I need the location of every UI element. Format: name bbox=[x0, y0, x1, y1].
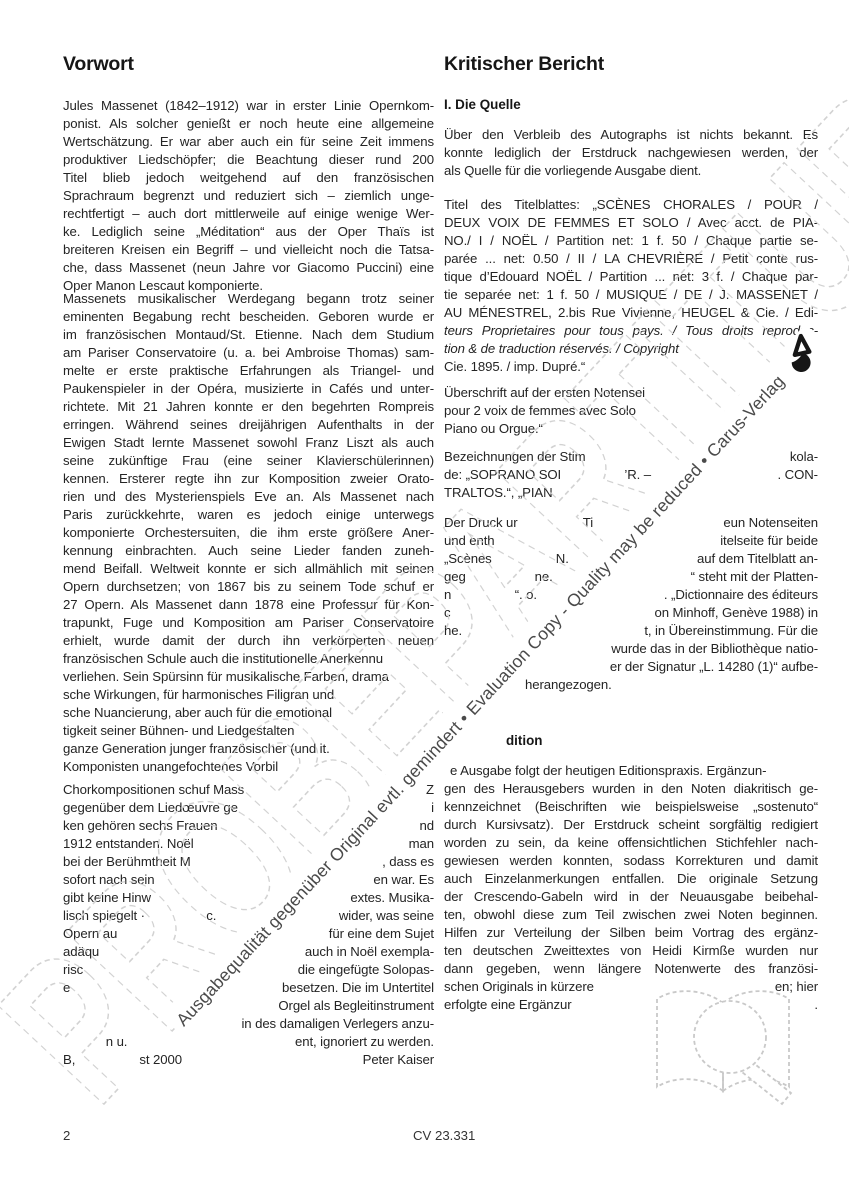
report-paragraph-a: Über den Verbleib des Autographs ist nic… bbox=[444, 126, 818, 180]
footer: 2 CV 23.331 bbox=[63, 1128, 818, 1143]
text-fragment: wider, was seine bbox=[339, 907, 434, 925]
text-line: in des damaligen Verlegers anzu- bbox=[63, 1015, 434, 1033]
text-line: rechtfertigt – auch dort mittlerweile au… bbox=[63, 205, 434, 223]
text-line: adäquauch in Noël exempla- bbox=[63, 943, 434, 961]
text-line: tique d’Edouard NOËL / Partition ... net… bbox=[444, 268, 818, 286]
text-line: tion & de traduction réservés. / Copyrig… bbox=[444, 340, 818, 358]
text-line: ganze Generation junger französischer (u… bbox=[63, 740, 434, 758]
text-fragment: für eine dem Sujet bbox=[329, 925, 434, 943]
text-line: pour 2 voix de femmes avec Solo bbox=[444, 402, 818, 420]
text-line: und enthitelseite für beide bbox=[444, 532, 818, 550]
text-fragment: Chorkompositionen schuf Mass bbox=[63, 781, 244, 799]
text-line: komponierte Orchestersuiten, die ihm ers… bbox=[63, 524, 434, 542]
text-line: ebesetzen. Die im Untertitel bbox=[63, 979, 434, 997]
text-line: trapunkt, Fuge und Komposition am Parise… bbox=[63, 614, 434, 632]
text-fragment: Z bbox=[426, 781, 434, 799]
text-line: Orgel als Begleitinstrument bbox=[63, 997, 434, 1015]
report-paragraph-b: Titel des Titelblattes: „SCÈNES CHORALES… bbox=[444, 196, 818, 376]
text-line: Der Druck urTieun Notenseiten bbox=[444, 514, 818, 532]
text-fragment: ’R. – bbox=[624, 466, 651, 484]
text-fragment: ken gehören sechs Frauen bbox=[63, 817, 218, 835]
text-line: dann gegeben, wenn längere Notenwerte de… bbox=[444, 960, 818, 978]
text-fragment: tion & de traduction réservés. / Copyrig… bbox=[444, 340, 679, 358]
preface-heading: Vorwort bbox=[63, 53, 434, 76]
text-line: gen des Herausgebers wurden in den Noten… bbox=[444, 780, 818, 798]
text-fragment: c. bbox=[206, 907, 216, 925]
text-line: Piano ou Orgue.“ bbox=[444, 420, 818, 438]
text-fragment: extes. Musika- bbox=[350, 889, 434, 907]
text-line: Paris zurückkehrte, waren es jedoch eini… bbox=[63, 506, 434, 524]
text-line: Chorkompositionen schuf MassZ bbox=[63, 781, 434, 799]
text-line: im französischen Montaud/St. Etienne. Na… bbox=[63, 326, 434, 344]
text-line: breiteren Kreisen ein Begriff – und viel… bbox=[63, 241, 434, 259]
text-line: gibt keine Hinwextes. Musika- bbox=[63, 889, 434, 907]
text-line: gegne.“ steht mit der Platten- bbox=[444, 568, 818, 586]
text-line: sche Nuancierung, aber auch für die emot… bbox=[63, 704, 434, 722]
text-fragment: lisch spiegelt · bbox=[63, 907, 145, 925]
critical-report-heading: Kritischer Bericht bbox=[444, 53, 818, 76]
text-fragment: ent, ignoriert zu werden. bbox=[295, 1033, 434, 1051]
text-fragment: schen Originals in kürzere bbox=[444, 978, 594, 996]
text-line: der Crescendo-Gabeln wird in der Neuausg… bbox=[444, 888, 818, 906]
text-line: sche Wirkungen, für harmonisches Filigra… bbox=[63, 686, 434, 704]
text-line: Wertschätzung. Er war aber auch ein für … bbox=[63, 133, 434, 151]
text-fragment: Opern au bbox=[63, 925, 117, 943]
text-line: schen Originals in kürzereen; hier bbox=[444, 978, 818, 996]
text-fragment: itelseite für beide bbox=[720, 532, 818, 550]
text-line: herangezogen. bbox=[444, 676, 818, 694]
text-fragment: de: „SOPRANO SOI bbox=[444, 466, 561, 484]
text-line: Titel blieb jedoch weitgehend auf den fr… bbox=[63, 169, 434, 187]
text-line: he.t, in Übereinstimmung. Für die bbox=[444, 622, 818, 640]
text-line: Sprachraum begrenzt und reduziert sich –… bbox=[63, 187, 434, 205]
text-line: worden zu sein, da keine offensichtliche… bbox=[444, 834, 818, 852]
report-paragraph-g: e Ausgabe folgt der heutigen Editionspra… bbox=[444, 762, 818, 1014]
text-fragment: er der Signatur „L. 14280 (1)“ aufbe- bbox=[610, 658, 818, 676]
text-line: er der Signatur „L. 14280 (1)“ aufbe- bbox=[444, 658, 818, 676]
text-line: Jules Massenet (1842–1912) war in erster… bbox=[63, 97, 434, 115]
text-line: konnte lediglich der Erstdruck nachgewie… bbox=[444, 144, 818, 162]
text-line: ten deutschen Zweittextes von Heidi Kirm… bbox=[444, 942, 818, 960]
text-fragment: sofort nach sein bbox=[63, 871, 155, 889]
text-line: e Ausgabe folgt der heutigen Editionspra… bbox=[444, 762, 818, 780]
text-fragment: Bezeichnungen der Stim bbox=[444, 448, 586, 466]
text-line: Opern aufür eine dem Sujet bbox=[63, 925, 434, 943]
report-paragraph-d: Bezeichnungen der Stimkola-de: „SOPRANO … bbox=[444, 448, 818, 502]
preface-paragraph-1: Jules Massenet (1842–1912) war in erster… bbox=[63, 97, 434, 295]
text-fragment: besetzen. Die im Untertitel bbox=[282, 979, 434, 997]
text-fragment: on Minhoff, Genève 1988) in bbox=[655, 604, 818, 622]
text-fragment: B, st 2000 bbox=[63, 1051, 182, 1069]
text-line: tigkeit seiner Bühnen- und Liedgestalten bbox=[63, 722, 434, 740]
text-line: Opern durchsetzen; von 1867 bis zu seine… bbox=[63, 578, 434, 596]
text-line: 27 Opern. Als Massenet dann 1878 eine Pr… bbox=[63, 596, 434, 614]
text-line: erfolgte eine Ergänzur. bbox=[444, 996, 818, 1014]
text-line: gewiesen werden konnten, sodass Korrektu… bbox=[444, 852, 818, 870]
text-fragment: en war. Es bbox=[373, 871, 434, 889]
text-line: am Pariser Conservatoire (u. a. bei Ambr… bbox=[63, 344, 434, 362]
text-fragment: “. o. bbox=[515, 586, 537, 604]
text-line: n“. o.. „Dictionnaire des éditeurs bbox=[444, 586, 818, 604]
text-fragment: . CON- bbox=[778, 466, 818, 484]
report-paragraph-c: Überschrift auf der ersten Notenseipour … bbox=[444, 384, 818, 438]
text-line: ten, obwohl diese zum Teil zwischen zwei… bbox=[444, 906, 818, 924]
text-fragment: man bbox=[409, 835, 434, 853]
text-fragment: nd bbox=[420, 817, 434, 835]
text-fragment: en; hier bbox=[775, 978, 818, 996]
page: { "watermark": { "big_text": "PROBEPARTI… bbox=[0, 0, 849, 1200]
text-line: B, st 2000Peter Kaiser bbox=[63, 1051, 434, 1069]
text-line: teurs Proprietaires pour tous pays. / To… bbox=[444, 322, 818, 340]
text-line: eminenten Begabung recht bescheiden. Geb… bbox=[63, 308, 434, 326]
text-fragment: bei der Berühmtheit M bbox=[63, 853, 191, 871]
text-line: verliehen. Sein Spürsinn für musikalisch… bbox=[63, 668, 434, 686]
text-line: erhielt, wurde damit der durch ihn verkö… bbox=[63, 632, 434, 650]
text-line: TRALTOS.“, „PIAN bbox=[444, 484, 818, 502]
text-fragment: . „Dictionnaire des éditeurs bbox=[664, 586, 818, 604]
text-fragment: n u. bbox=[63, 1033, 127, 1051]
text-line: sofort nach seinen war. Es bbox=[63, 871, 434, 889]
text-line: französischen Schule auch die institutio… bbox=[63, 650, 434, 668]
text-fragment: wurde das in der Bibliothèque natio- bbox=[611, 640, 818, 658]
text-fragment: 1912 entstanden. Noël bbox=[63, 835, 194, 853]
page-number: 2 bbox=[63, 1128, 70, 1143]
text-fragment: adäqu bbox=[63, 943, 99, 961]
text-line: als Quelle für die vorliegende Ausgabe d… bbox=[444, 162, 818, 180]
text-fragment: geg bbox=[444, 568, 466, 586]
text-line: ken gehören sechs Frauennd bbox=[63, 817, 434, 835]
text-line: con Minhoff, Genève 1988) in bbox=[444, 604, 818, 622]
text-line: Massenets musikalischer Werdegang begann… bbox=[63, 290, 434, 308]
text-fragment: he. bbox=[444, 622, 462, 640]
text-fragment: in des damaligen Verlegers anzu- bbox=[241, 1015, 434, 1033]
text-fragment: Peter Kaiser bbox=[363, 1051, 434, 1069]
text-line: Bezeichnungen der Stimkola- bbox=[444, 448, 818, 466]
text-line: Cie. 1895. / imp. Dupré.“ bbox=[444, 358, 818, 376]
section-heading-quelle: I. Die Quelle bbox=[444, 97, 818, 112]
text-line: gegenüber dem Liedœuvre gei bbox=[63, 799, 434, 817]
text-line: NO./ I / NOËL / Partition net: 1 f. 50 /… bbox=[444, 232, 818, 250]
text-fragment: eun Notenseiten bbox=[723, 514, 818, 532]
text-fragment: “ steht mit der Platten- bbox=[691, 568, 818, 586]
text-line: richtete. Mit 21 Jahren konnte er den be… bbox=[63, 398, 434, 416]
text-fragment: , dass es bbox=[382, 853, 434, 871]
text-fragment: . bbox=[814, 996, 818, 1014]
text-line: parée ... net: 0.50 / II / LA CHEVRIÈRE … bbox=[444, 250, 818, 268]
text-fragment: kola- bbox=[790, 448, 818, 466]
text-fragment: auch in Noël exempla- bbox=[305, 943, 434, 961]
text-fragment: el & bbox=[796, 340, 818, 358]
text-line: melte er erste praktische Erfahrungen al… bbox=[63, 362, 434, 380]
signature-line: B, st 2000Peter Kaiser bbox=[63, 1051, 434, 1069]
text-fragment: n bbox=[444, 586, 451, 604]
text-line: mend Beifall. Weltweit konnte er sich al… bbox=[63, 560, 434, 578]
text-line: seine zukünftige Frau (eine seiner Klavi… bbox=[63, 452, 434, 470]
text-line: erringen. Während seines dreijährigen Au… bbox=[63, 416, 434, 434]
text-line: Paukenspieler in der Opéra, musizierte i… bbox=[63, 380, 434, 398]
text-line: Komponisten unangefochtenes Vorbil bbox=[63, 758, 434, 776]
text-line: bei der Berühmtheit M, dass es bbox=[63, 853, 434, 871]
text-line: ponist. Als solcher genießt er noch heut… bbox=[63, 115, 434, 133]
text-fragment: c bbox=[444, 604, 451, 622]
text-line: Ewigen Stadt lernte Massenet sowohl Fran… bbox=[63, 434, 434, 452]
text-fragment: die eingefügte Solopas- bbox=[298, 961, 434, 979]
preface-paragraph-3: Chorkompositionen schuf MassZgegenüber d… bbox=[63, 781, 434, 1051]
text-line: Über den Verbleib des Autographs ist nic… bbox=[444, 126, 818, 144]
text-line: tie separée net: 1 f. 50 / MUSIQUE / DE … bbox=[444, 286, 818, 304]
text-fragment: „Scènes bbox=[444, 550, 492, 568]
text-fragment: t, in Übereinstimmung. Für die bbox=[644, 622, 818, 640]
text-fragment: ne. bbox=[535, 568, 553, 586]
text-fragment: Ti bbox=[583, 514, 593, 532]
text-fragment: erfolgte eine Ergänzur bbox=[444, 996, 572, 1014]
text-line: DEUX VOIX DE FEMMES ET SOLO / Avec acct.… bbox=[444, 214, 818, 232]
text-fragment: risc bbox=[63, 961, 83, 979]
text-fragment: und enth bbox=[444, 532, 495, 550]
text-fragment: i bbox=[431, 799, 434, 817]
text-fragment: Orgel als Begleitinstrument bbox=[278, 997, 434, 1015]
text-line: rien und des Mysterienspiels Eve an. Als… bbox=[63, 488, 434, 506]
text-line: „ScènesN.auf dem Titelblatt an- bbox=[444, 550, 818, 568]
text-fragment: e bbox=[63, 979, 70, 997]
preface-paragraph-2: Massenets musikalischer Werdegang begann… bbox=[63, 290, 434, 776]
text-line: auch Einzelanmerkungen entfallen. Die or… bbox=[444, 870, 818, 888]
text-line: riscdie eingefügte Solopas- bbox=[63, 961, 434, 979]
text-line: produktiver Liedschöpfer; die Beachtung … bbox=[63, 151, 434, 169]
text-line: lisch spiegelt ·c.wider, was seine bbox=[63, 907, 434, 925]
text-line: durch Kursivsatz). Der Erstdruck scheint… bbox=[444, 816, 818, 834]
text-line: kennung einbrachten. Auch seine Lieder f… bbox=[63, 542, 434, 560]
text-fragment: gibt keine Hinw bbox=[63, 889, 151, 907]
text-fragment: N. bbox=[556, 550, 569, 568]
text-line: Titel des Titelblattes: „SCÈNES CHORALES… bbox=[444, 196, 818, 214]
section-heading-edition: dition bbox=[506, 733, 542, 748]
text-line: kennzeichnet (Beischriften wie beispiels… bbox=[444, 798, 818, 816]
text-line: de: „SOPRANO SOI’R. –. CON- bbox=[444, 466, 818, 484]
text-line: ke. Lediglich seine „Méditation“ aus der… bbox=[63, 223, 434, 241]
text-fragment: gegenüber dem Liedœuvre ge bbox=[63, 799, 238, 817]
report-paragraph-e: Der Druck urTieun Notenseitenund enthite… bbox=[444, 514, 818, 694]
text-line: 1912 entstanden. Noëlman bbox=[63, 835, 434, 853]
text-fragment: auf dem Titelblatt an- bbox=[697, 550, 818, 568]
text-line: kennen. Ersterer regte ihn zur Kompositi… bbox=[63, 470, 434, 488]
text-line: wurde das in der Bibliothèque natio- bbox=[444, 640, 818, 658]
text-line: AU MÉNESTREL, 2.bis Rue Vivienne, HEUGEL… bbox=[444, 304, 818, 322]
text-line: Überschrift auf der ersten Notensei bbox=[444, 384, 818, 402]
text-line: Hilfen zur Verteilung der Silben beim Vo… bbox=[444, 924, 818, 942]
text-line: n u.ent, ignoriert zu werden. bbox=[63, 1033, 434, 1051]
text-line: che, dass Massenet (neun Jahre vor Giaco… bbox=[63, 259, 434, 277]
catalog-number: CV 23.331 bbox=[413, 1128, 475, 1143]
text-fragment: Der Druck ur bbox=[444, 514, 518, 532]
